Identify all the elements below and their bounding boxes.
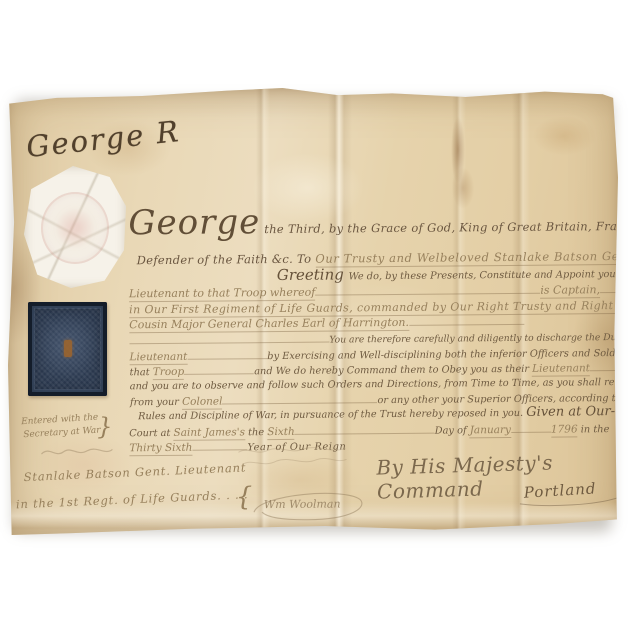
entered-note-line-2: Secretary at War bbox=[23, 426, 101, 441]
photo-of-royal-commission-document: George R George the Third, by the Grace … bbox=[0, 0, 635, 635]
regnal-year-insertion: Thirty Sixth bbox=[129, 442, 192, 456]
illegible-entry-flourish bbox=[39, 443, 114, 460]
illegible-clerk-note-squiggle bbox=[234, 443, 349, 470]
docket-subject-line-2: in the 1st Regt. of Life Guards. . . . bbox=[16, 487, 249, 511]
deed-initial-word: George bbox=[128, 202, 260, 243]
blank-rule bbox=[511, 424, 551, 433]
deed-text-layer: George the Third, by the Grace of God, K… bbox=[6, 83, 620, 535]
deed-text-segment: Day of bbox=[435, 425, 470, 436]
deed-text-segment: the Third, by the Grace of God, King of … bbox=[260, 218, 635, 236]
entered-note-line-1: Entered with the bbox=[21, 413, 99, 428]
secretary-signature-flourish bbox=[518, 493, 623, 508]
year-insertion: 1796 bbox=[551, 423, 578, 437]
month-insertion: January bbox=[470, 424, 511, 438]
deed-text-segment: in the bbox=[578, 424, 610, 435]
entered-note-brace: } bbox=[97, 412, 113, 440]
parchment-sheet: George R George the Third, by the Grace … bbox=[8, 88, 618, 535]
clerk-signature-group: Wm Woolman bbox=[248, 485, 368, 526]
clerk-signature: Wm Woolman bbox=[264, 497, 341, 511]
